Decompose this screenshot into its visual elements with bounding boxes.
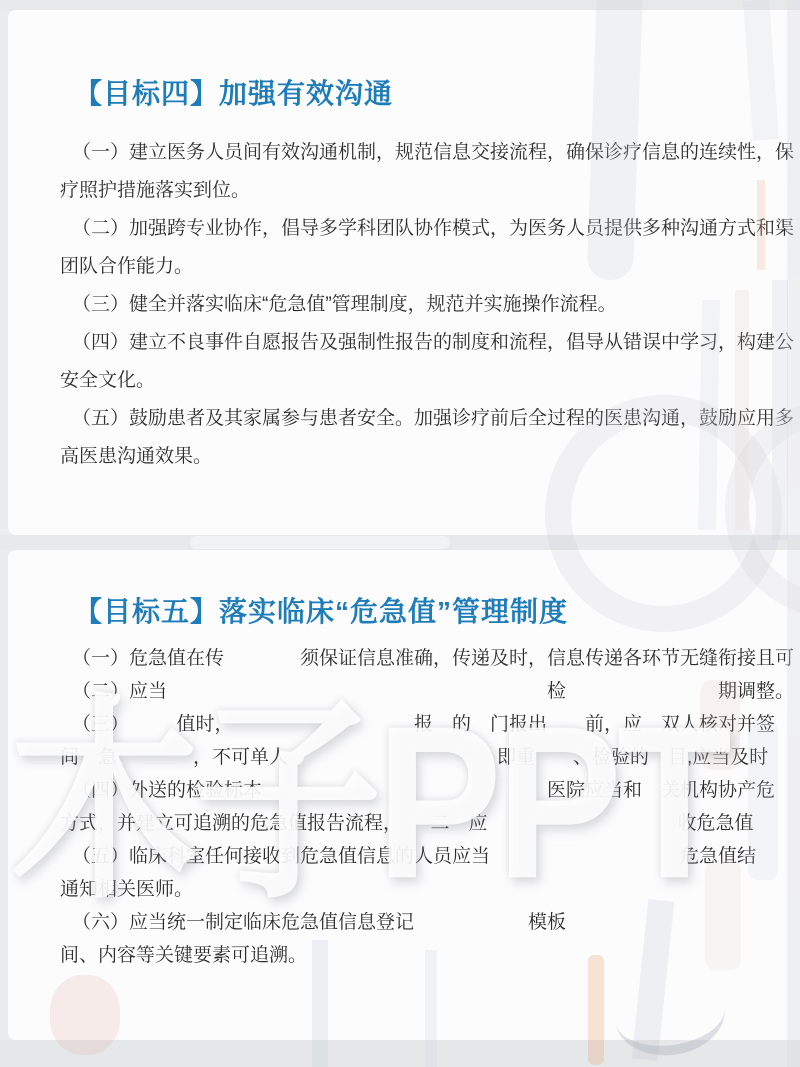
bottom-background-band xyxy=(0,1040,800,1067)
muzi-ppt-watermark: 木子PPT xyxy=(10,671,746,936)
text-line: （一）建立医务人员间有效沟通机制，规范信息交接流程，确保诊疗信息的连续性，保 xyxy=(60,134,800,172)
text-line: （二）加强跨专业协作，倡导多学科团队协作模式，为医务人员提供多种沟通方式和渠 xyxy=(60,210,800,248)
text-line: （四）建立不良事件自愿报告及强制性报告的制度和流程，倡导从错误中学习，构建公 xyxy=(60,324,800,362)
goal-four-body: （一）建立医务人员间有效沟通机制，规范信息交接流程，确保诊疗信息的连续性，保疗照… xyxy=(60,134,800,476)
text-line: 疗照护措施落实到位。 xyxy=(60,172,800,210)
text-line: 间、内容等关键要素可追溯。 xyxy=(60,939,800,972)
text-line: （五）鼓励患者及其家属参与患者安全。加强诊疗前后全过程的医患沟通，鼓励应用多 xyxy=(60,400,800,438)
goal-five-title: 【目标五】落实临床“危急值”管理制度 xyxy=(74,590,568,630)
text-line: （三）健全并落实临床“危急值”管理制度，规范并实施操作流程。 xyxy=(60,286,800,324)
text-line: 团队合作能力。 xyxy=(60,248,800,286)
goal-four-title: 【目标四】加强有效沟通 xyxy=(74,72,393,112)
between-cards-band xyxy=(0,535,800,550)
text-line: 安全文化。 xyxy=(60,362,800,400)
document-page: 【目标四】加强有效沟通 （一）建立医务人员间有效沟通机制，规范信息交接流程，确保… xyxy=(0,0,800,1067)
text-line: 高医患沟通效果。 xyxy=(60,438,800,476)
goal-four-card: 【目标四】加强有效沟通 （一）建立医务人员间有效沟通机制，规范信息交接流程，确保… xyxy=(8,10,800,535)
top-background-band xyxy=(0,0,800,10)
